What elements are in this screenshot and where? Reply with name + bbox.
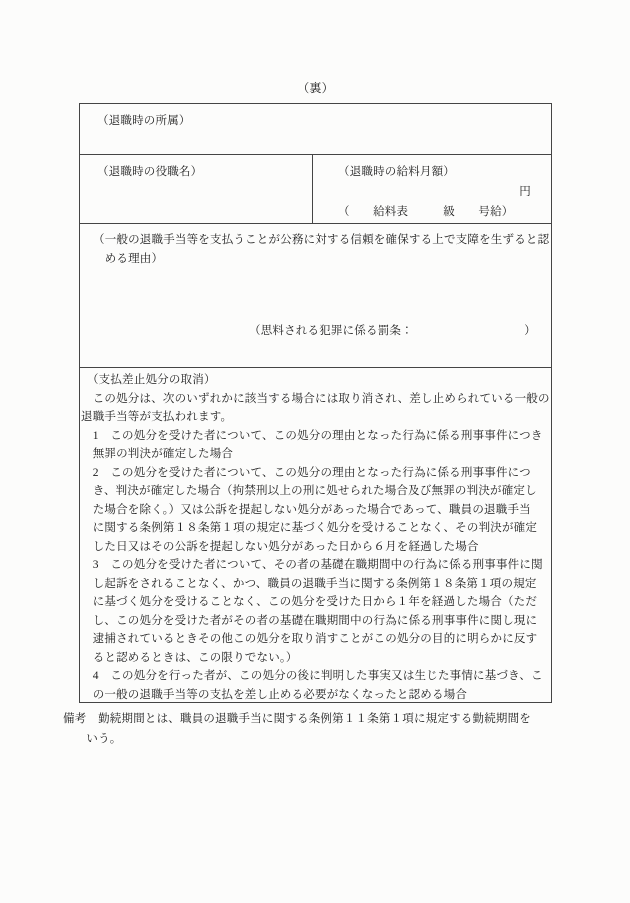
affiliation-label: （退職時の所属）: [97, 115, 191, 127]
penal-provision-label: （思料される犯罪に係る罰条：: [249, 322, 413, 338]
salary-label: （退職時の給料月額）: [338, 166, 455, 178]
penal-provision-close-paren: ）: [524, 322, 536, 338]
reason-label: （一般の退職手当等を支払うことが公務に対する信頼を確保する上で支障を生ずると認 …: [93, 231, 547, 268]
cancellation-cell: （支払差止処分の取消） この処分は、次のいずれかに該当する場合には取り消され、差…: [80, 368, 551, 702]
salary-grade-line: （ 給料表 級 号給）: [338, 203, 514, 219]
position-label: （退職時の役職名）: [97, 166, 202, 178]
position-cell: （退職時の役職名）: [80, 155, 313, 223]
form-page-back: （裏） （退職時の所属） （退職時の役職名） （退職時の給料月額） 円 （ 給料…: [0, 0, 630, 903]
position-salary-row: （退職時の役職名） （退職時の給料月額） 円 （ 給料表 級 号給）: [80, 155, 551, 224]
page-side-label: （裏）: [79, 79, 552, 96]
form-table: （退職時の所属） （退職時の役職名） （退職時の給料月額） 円 （ 給料表 級 …: [79, 103, 552, 703]
reason-cell: （一般の退職手当等を支払うことが公務に対する信頼を確保する上で支障を生ずると認 …: [80, 224, 551, 368]
salary-cell: （退職時の給料月額） 円 （ 給料表 級 号給）: [313, 155, 551, 223]
remarks-note: 備考 勤続期間とは、職員の退職手当に関する条例第１１条第１項に規定する勤続期間を…: [63, 710, 563, 749]
yen-unit-label: 円: [519, 183, 531, 199]
affiliation-cell: （退職時の所属）: [80, 104, 551, 155]
penal-provision-row: （思料される犯罪に係る罰条： ）: [249, 322, 536, 338]
cancellation-clauses-text: （支払差止処分の取消） この処分は、次のいずれかに該当する場合には取り消され、差…: [81, 371, 549, 702]
